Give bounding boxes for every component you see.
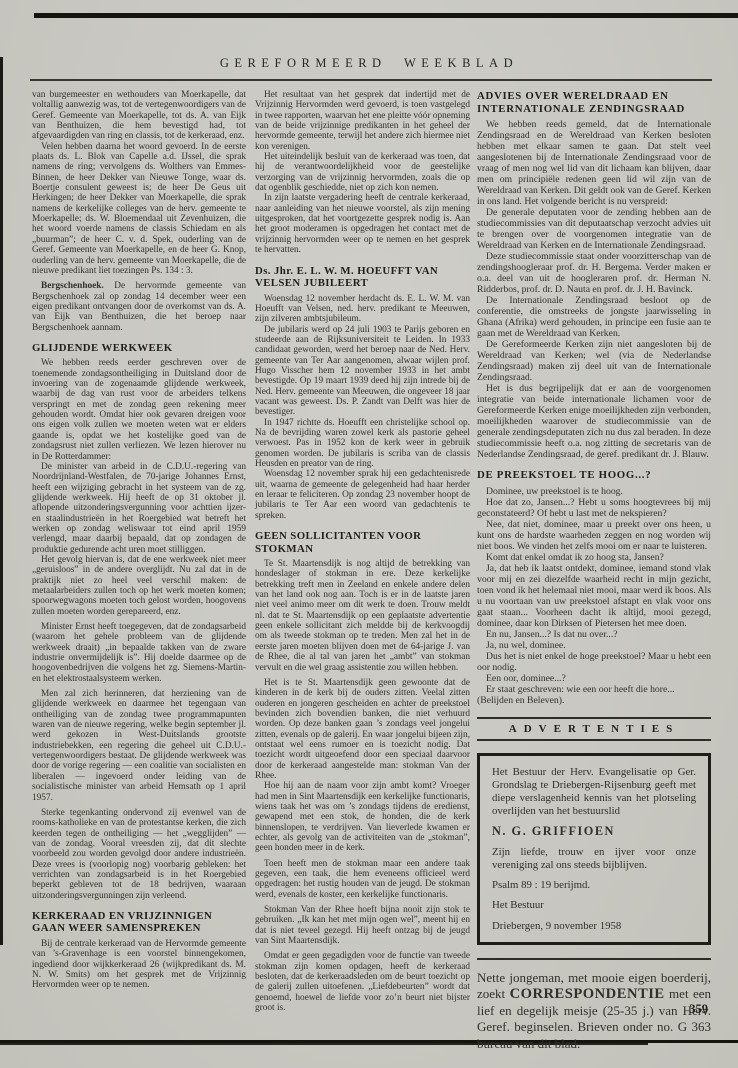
dialogue-line: Nee, dat niet, dominee, maar u preekt ov… bbox=[477, 519, 711, 552]
article-paragraph: Men zal zich herinneren, dat herziening … bbox=[32, 689, 246, 803]
article-paragraph: Bergschenhoek. De hervormde gemeente van… bbox=[32, 281, 246, 333]
section-heading: KERKERAAD EN VRIJZINNIGEN GAAN WEER SAME… bbox=[32, 910, 246, 935]
article-paragraph: De generale deputaten voor de zending he… bbox=[477, 207, 711, 251]
article-paragraph: Het is te St. Maartensdijk geen gewoonte… bbox=[255, 678, 470, 781]
dialogue-line: Dus het is niet enkel de hoge preekstoel… bbox=[477, 651, 711, 673]
dialogue-line: En nu, Jansen...? Is dat nu over...? bbox=[477, 629, 711, 640]
section-heading: DE PREEKSTOEL TE HOOG...? bbox=[477, 469, 711, 482]
newspaper-page: GEREFORMEERD WEEKBLAD van burgemeester e… bbox=[0, 0, 738, 1068]
article-paragraph: Sterke tegenkanting ondervond zij evenwe… bbox=[32, 808, 246, 901]
advertenties-header: ADVERTENTIES bbox=[477, 717, 711, 741]
article-paragraph: We hebben reeds gemeld, dat de Internati… bbox=[477, 119, 711, 207]
article-paragraph: Minister Ernst heeft toegegeven, dat de … bbox=[32, 622, 246, 684]
dialogue-line: Ja, dat heb ik laatst ontdekt, dominee, … bbox=[477, 563, 711, 629]
article-paragraph: Toen heeft men de stokman maar een ander… bbox=[255, 859, 470, 900]
article-paragraph: Het uiteindelijk besluit van de kerkeraa… bbox=[255, 152, 470, 193]
article-paragraph: Woensdag 12 november herdacht ds. E. L. … bbox=[255, 294, 470, 325]
obituary-name: N. G. GRIFFIOEN bbox=[492, 825, 696, 838]
article-paragraph: Velen hebben daarna het woord gevoerd. I… bbox=[32, 142, 246, 276]
article-paragraph: Deze studiecommissie staat onder voorzit… bbox=[477, 251, 711, 295]
article-paragraph: We hebben reeds eerder geschreven over d… bbox=[32, 358, 246, 461]
place-lead: Bergschenhoek. bbox=[41, 281, 104, 291]
dialogue-line: Een oor, dominee...? bbox=[477, 673, 711, 684]
section-heading: ADVIES OVER WERELDRAAD EN INTERNATIONALE… bbox=[477, 90, 711, 115]
column-left: van burgemeester en wethouders van Moerk… bbox=[32, 90, 246, 991]
obituary-signature: Het Bestuur bbox=[492, 899, 696, 912]
masthead-rule bbox=[30, 79, 712, 81]
article-paragraph: van burgemeester en wethouders van Moerk… bbox=[32, 90, 246, 142]
section-heading: GEEN SOLLICITANTEN VOOR STOKMAN bbox=[255, 530, 470, 555]
article-paragraph: De minister van arbeid in de C.D.U.-rege… bbox=[32, 462, 246, 555]
masthead-title: GEREFORMEERD WEEKBLAD bbox=[0, 56, 738, 71]
ad-emphasis: CORRESPONDENTIE bbox=[510, 986, 665, 1002]
obituary-dateline: Driebergen, 9 november 1958 bbox=[492, 920, 696, 933]
article-paragraph: De Internationale Zendingsraad besloot o… bbox=[477, 295, 711, 339]
article-paragraph: Het is dus begrijpelijk dat er aan de vo… bbox=[477, 383, 711, 460]
dialogue-line: Er staat geschreven: wie een oor heeft d… bbox=[477, 684, 711, 695]
article-paragraph: De jubilaris werd op 24 juli 1903 te Par… bbox=[255, 325, 470, 418]
obituary-box: Het Bestuur der Herv. Evangelisatie op G… bbox=[477, 753, 711, 945]
scan-edge-top bbox=[34, 13, 738, 18]
section-heading: Ds. Jhr. E. L. W. M. HOEUFFT VAN VELSEN … bbox=[255, 265, 470, 290]
section-heading: GLIJDENDE WERKWEEK bbox=[32, 342, 246, 355]
article-paragraph: Omdat er geen gegadigden voor de functie… bbox=[255, 951, 470, 1013]
dialogue-line: Dominee, uw preekstoel is te hoog. bbox=[477, 486, 711, 497]
article-paragraph: Te St. Maartensdijk is nog altijd de bet… bbox=[255, 559, 470, 673]
obituary-intro: Het Bestuur der Herv. Evangelisatie op G… bbox=[492, 766, 696, 819]
dialogue-line: Komt dat enkel omdat ik zo hoog sta, Jan… bbox=[477, 552, 711, 563]
column-right: ADVIES OVER WERELDRAAD EN INTERNATIONALE… bbox=[477, 90, 711, 1052]
scan-edge-left bbox=[0, 57, 3, 945]
obituary-tribute: Zijn liefde, trouw en ijver voor onze ve… bbox=[492, 846, 696, 872]
page-number: 359 bbox=[689, 1002, 708, 1017]
article-paragraph: In zijn laatste vergadering heeft de cen… bbox=[255, 193, 470, 255]
ad-divider-rule bbox=[477, 958, 711, 960]
dialogue-line: Ja, nu wel, dominee. bbox=[477, 640, 711, 651]
dialogue-line: Hoe dat zo, Jansen...? Hebt u soms hoogt… bbox=[477, 497, 711, 519]
article-paragraph: Stokman Van der Rhee hoeft bijna nooit z… bbox=[255, 905, 470, 946]
column-center: Het resultaat van het gesprek dat indert… bbox=[255, 90, 470, 1014]
article-paragraph: Hoe hij aan de naam voor zijn ambt komt?… bbox=[255, 781, 470, 853]
article-paragraph: De Gereformeerde Kerken zijn niet aanges… bbox=[477, 339, 711, 383]
article-paragraph: Het gevolg hiervan is, dat de ene werkwe… bbox=[32, 555, 246, 617]
article-paragraph: In 1947 richtte ds. Hoeufft een christel… bbox=[255, 418, 470, 470]
article-paragraph: Het resultaat van het gesprek dat indert… bbox=[255, 90, 470, 152]
obituary-psalm: Psalm 89 : 19 berijmd. bbox=[492, 879, 696, 892]
article-paragraph: Woensdag 12 november sprak hij een gedac… bbox=[255, 469, 470, 521]
attribution: (Belijden en Beleven). bbox=[477, 695, 711, 706]
article-paragraph: Bij de centrale kerkeraad van de Hervorm… bbox=[32, 939, 246, 991]
personal-ad: Nette jongeman, met mooie eigen boerderi… bbox=[477, 970, 711, 1053]
